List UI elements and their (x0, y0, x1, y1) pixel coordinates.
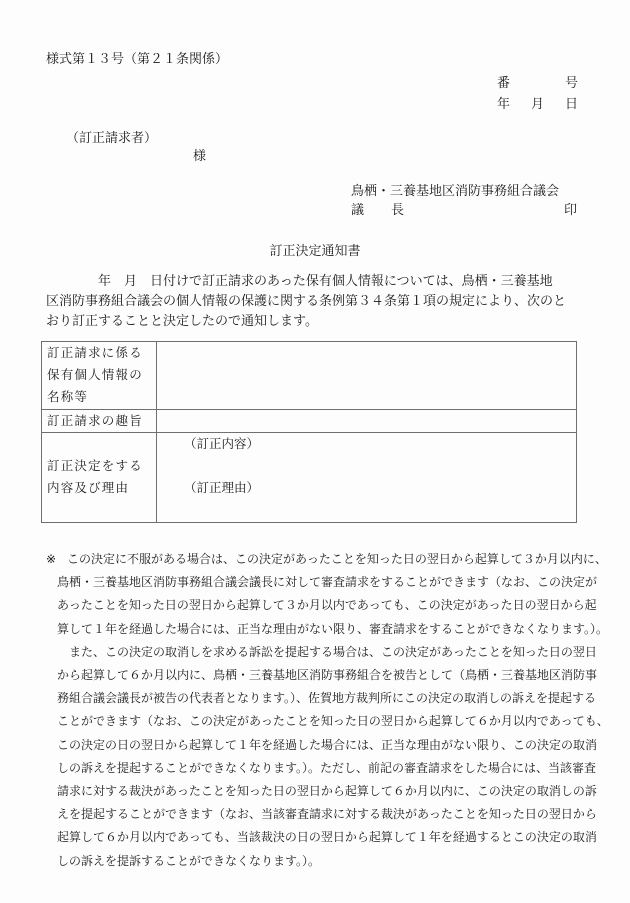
form-number: 様式第１３号（第２１条関係） (46, 48, 228, 67)
appeal-notice: ※この決定に不服がある場合は、この決定があったことを知った日の翌日から起算して３… (46, 548, 586, 873)
row-label-decision-content: 訂正決定をする 内容及び理由 (42, 433, 157, 523)
correction-reason-label: （訂正理由） (157, 477, 576, 499)
note-mark: ※ (46, 548, 67, 571)
table-row: 訂正決定をする 内容及び理由 （訂正内容） （訂正理由） (42, 433, 577, 523)
intro-line: おり訂正することと決定したので通知します。 (46, 312, 581, 332)
issuer-title-1: 議 (351, 199, 364, 218)
issuer-organization: 鳥栖・三養基地区消防事務組合議会 (351, 180, 559, 199)
row-label-request-purpose: 訂正請求の趣旨 (42, 410, 157, 433)
date-month: 月 (531, 93, 544, 112)
correction-content-label: （訂正内容） (157, 433, 576, 455)
row-value-decision-content: （訂正内容） （訂正理由） (157, 433, 577, 523)
number-label: 番 (497, 72, 510, 91)
row-label-record-name: 訂正請求に係る 保有個人情報の 名称等 (42, 342, 157, 410)
number-suffix: 号 (565, 72, 578, 91)
correction-info-table: 訂正請求に係る 保有個人情報の 名称等 訂正請求の趣旨 訂正決定をする 内容及び… (41, 341, 577, 523)
intro-paragraph: 年 月 日付けで訂正請求のあった保有個人情報については、鳥栖・三養基地 区消防事… (46, 272, 581, 332)
table-row: 訂正請求の趣旨 (42, 410, 577, 433)
document-title: 訂正決定通知書 (0, 240, 630, 259)
row-value-request-purpose (157, 410, 577, 433)
seal-mark: 印 (564, 199, 577, 218)
date-day: 日 (565, 93, 578, 112)
honorific: 様 (193, 145, 206, 164)
row-value-record-name (157, 342, 577, 410)
date-year: 年 (497, 93, 510, 112)
table-row: 訂正請求に係る 保有個人情報の 名称等 (42, 342, 577, 410)
issuer-title-2: 長 (391, 199, 404, 218)
intro-line: 区消防事務組合議会の個人情報の保護に関する条例第３４条第１項の規定により、次のと (46, 292, 581, 312)
intro-line: 年 月 日付けで訂正請求のあった保有個人情報については、鳥栖・三養基地 (46, 272, 581, 292)
requester-label: （訂正請求者） (66, 127, 157, 146)
